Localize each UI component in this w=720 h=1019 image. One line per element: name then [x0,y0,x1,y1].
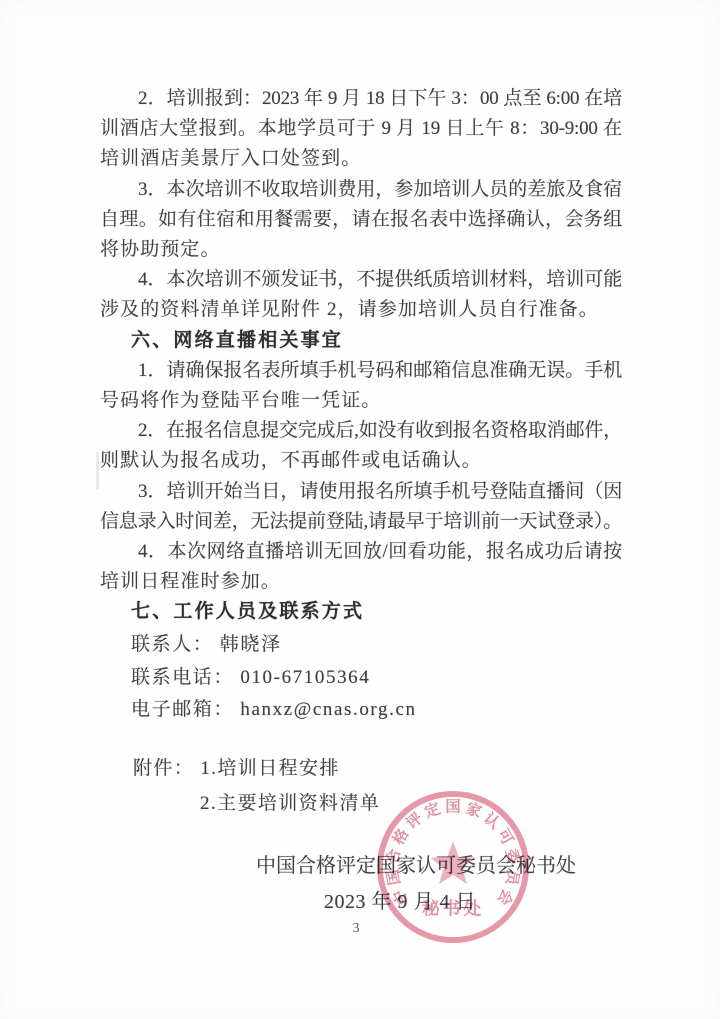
body-line: 培训酒店美景厅入口处签到。 [100,144,622,174]
scanned-document-page: 2．培训报到：2023 年 9 月 18 日下午 3：00 点至 6:00 在培… [0,0,720,1019]
seal-bottom-text: 秘书处 [422,897,484,918]
section-heading-6: 六、网络直播相关事宜 [100,326,622,356]
contact-block: 联系人： 韩晓泽 联系电话： 010-67105364 电子邮箱： hanxz@… [131,629,561,727]
body-line: 3．培训开始当日，请使用报名所填手机号登陆直播间（因 [100,477,622,507]
body-line: 将协助预定。 [100,235,622,265]
body-line: 培训日程准时参加。 [100,567,622,597]
body-line: 3．本次培训不收取培训费用，参加培训人员的差旅及食宿 [100,175,622,205]
body-line: 1．请确保报名表所填手机号码和邮箱信息准确无误。手机 [100,356,622,386]
body-line: 则默认为报名成功，不再邮件或电话确认。 [100,446,622,476]
document-body: 2．培训报到：2023 年 9 月 18 日下午 3：00 点至 6:00 在培… [100,84,622,628]
contact-email: 电子邮箱： hanxz@cnas.org.cn [131,694,561,727]
body-line: 4．本次网络直播培训无回放/回看功能，报名成功后请按 [100,537,622,567]
body-line: 涉及的资料清单详见附件 2，请参加培训人员自行准备。 [100,295,622,325]
official-seal-stamp: 中国合格评定国家认可委员会 秘书处 [374,788,532,946]
body-line: 2．在报名信息提交完成后,如没有收到报名资格取消邮件， [100,416,622,446]
contact-phone: 联系电话： 010-67105364 [131,662,561,695]
body-line: 信息录入时间差，无法提前登陆,请最早于培训前一天试登录）。 [100,507,622,537]
section-heading-7: 七、工作人员及联系方式 [100,597,622,627]
seal-arc-char: 国 [445,798,460,816]
body-line: 4．本次培训不颁发证书，不提供纸质培训材料，培训可能 [100,265,622,295]
contact-person: 联系人： 韩晓泽 [131,629,561,662]
body-line: 号码将作为登陆平台唯一凭证。 [100,386,622,416]
body-line: 训酒店大堂报到。本地学员可于 9 月 19 日上午 8：30-9:00 在 [100,114,622,144]
seal-arc-char: 员 [502,868,522,888]
seal-star-icon [430,841,475,884]
attachment-line-1: 附件： 1.培训日程安排 [133,751,533,786]
page-number: 3 [338,921,374,937]
body-line: 自理。如有住宿和用餐需要，请在报名表中选择确认，会务组 [100,205,622,235]
seal-arc-char: 合 [383,847,404,866]
scan-artifact [96,452,99,490]
seal-arc-char: 委 [502,847,523,866]
body-line: 2．培训报到：2023 年 9 月 18 日下午 3：00 点至 6:00 在培 [100,84,622,114]
seal-arc-char: 国 [383,868,403,886]
